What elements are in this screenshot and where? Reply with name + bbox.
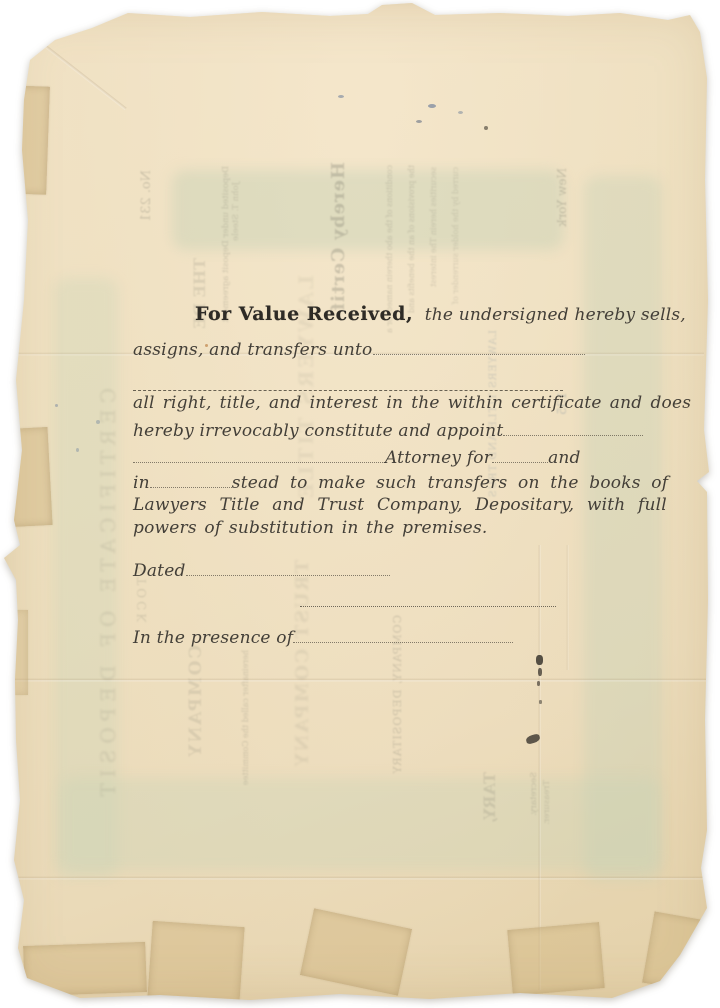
attorney-for-label: Attorney for <box>385 448 492 468</box>
ghost-text: No. 231 <box>140 170 153 222</box>
dated-label: Dated <box>133 561 186 581</box>
form-line-powers: powers of substitution in the premises. <box>133 518 487 538</box>
tape-patch-bottom-right <box>642 912 712 993</box>
form-line-value-received: For Value Received, the undersigned here… <box>195 303 686 325</box>
form-line-presence: In the presence of <box>133 625 513 648</box>
blank-fill-line <box>133 373 563 391</box>
ink-blot <box>538 668 542 676</box>
form-line-attorney: Attorney forand <box>133 445 581 468</box>
tape-patch-left-lower <box>0 610 28 695</box>
tape-patch-left-top <box>2 85 50 194</box>
transfers-unto-label: assigns, and transfers unto <box>133 340 373 360</box>
ink-blot <box>537 681 540 686</box>
form-line-lawyers-title: Lawyers Title and Trust Company, Deposit… <box>133 495 667 515</box>
form-line-stead: instead to make such transfers on the bo… <box>133 470 668 493</box>
blank-fill-line <box>133 445 385 463</box>
form-line-dated: Dated <box>133 558 390 581</box>
ink-speck <box>416 120 422 123</box>
ink-blot <box>536 655 543 665</box>
blank-fill-line <box>150 470 232 488</box>
document-paper: No. 231 Deposited under Deposit agreemen… <box>0 0 720 1008</box>
tape-patch-bottom-left <box>23 942 147 996</box>
ink-speck <box>458 111 463 114</box>
paper-shadow-wrap: No. 231 Deposited under Deposit agreemen… <box>0 0 720 1008</box>
blank-fill-line <box>293 625 513 643</box>
blank-fill-line <box>503 418 643 436</box>
tape-patch-left-middle <box>5 427 52 527</box>
tape-patch-bottom-center <box>300 908 412 995</box>
tape-patch-bottom-left-center <box>147 921 244 1005</box>
form-line-transfers-unto: assigns, and transfers unto <box>133 337 585 360</box>
value-received-heading: For Value Received, <box>195 303 413 325</box>
form-line-appoint: hereby irrevocably constitute and appoin… <box>133 418 643 441</box>
ink-speck <box>338 95 344 98</box>
border-bleed-bottom <box>60 778 660 870</box>
blank-fill-line <box>373 337 585 355</box>
fold-crease-diagonal <box>38 40 127 110</box>
blank-fill-line <box>492 445 548 463</box>
form-line-all-right: all right, title, and interest in the wi… <box>133 393 691 413</box>
fold-crease-vertical <box>566 545 569 670</box>
signature-line <box>300 589 556 607</box>
ghost-text: hereinafter called the Committee <box>242 650 250 785</box>
appoint-label: hereby irrevocably constitute and appoin… <box>133 421 503 441</box>
border-bleed-right <box>584 176 662 880</box>
form-line-signature <box>300 589 556 612</box>
border-bleed-top <box>172 170 564 250</box>
ink-speck <box>428 104 436 108</box>
blank-fill-line <box>186 558 390 576</box>
and-label: and <box>548 448 581 468</box>
ink-speck <box>484 126 488 130</box>
scanned-certificate-back: No. 231 Deposited under Deposit agreemen… <box>0 0 720 1008</box>
tape-patch-bottom-right-center <box>507 922 604 996</box>
stead-rest: stead to make such transfers on the book… <box>232 473 668 493</box>
line1-rest: the undersigned hereby sells, <box>425 305 686 325</box>
presence-label: In the presence of <box>133 628 293 648</box>
in-label: in <box>133 473 150 493</box>
ghost-text: COMPANY <box>188 645 205 759</box>
ink-blot <box>525 733 541 744</box>
ink-blot <box>539 700 542 704</box>
